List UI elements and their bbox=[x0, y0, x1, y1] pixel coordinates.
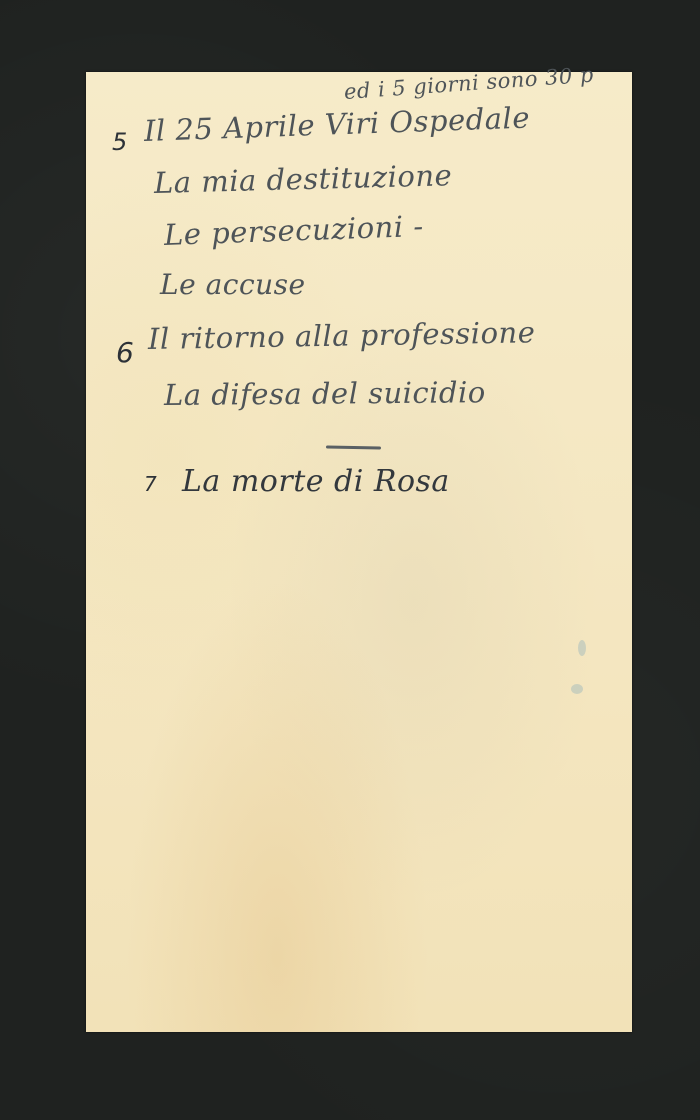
section-7-line-1: La morte di Rosa bbox=[182, 464, 450, 499]
section-number-7: 7 bbox=[144, 472, 157, 496]
section-number-6: 6 bbox=[116, 336, 134, 369]
section-5-line-1: Il 25 Aprile Viri Ospedale bbox=[143, 101, 530, 148]
paper-sheet: ed i 5 giorni sono 30 p 5 Il 25 Aprile V… bbox=[86, 72, 632, 1032]
section-5-line-3: Le persecuzioni - bbox=[163, 209, 424, 252]
section-5-line-2: La mia destituzione bbox=[154, 158, 453, 200]
section-6-line-1: Il ritorno alla professione bbox=[148, 315, 536, 356]
separator-dash bbox=[326, 446, 381, 450]
header-note: ed i 5 giorni sono 30 p bbox=[343, 63, 594, 104]
section-5-line-4: Le accuse bbox=[160, 268, 306, 301]
ink-stain bbox=[578, 640, 586, 656]
ink-stain bbox=[571, 684, 583, 694]
section-number-5: 5 bbox=[112, 128, 127, 156]
section-6-line-2: La difesa del suicidio bbox=[164, 375, 486, 412]
